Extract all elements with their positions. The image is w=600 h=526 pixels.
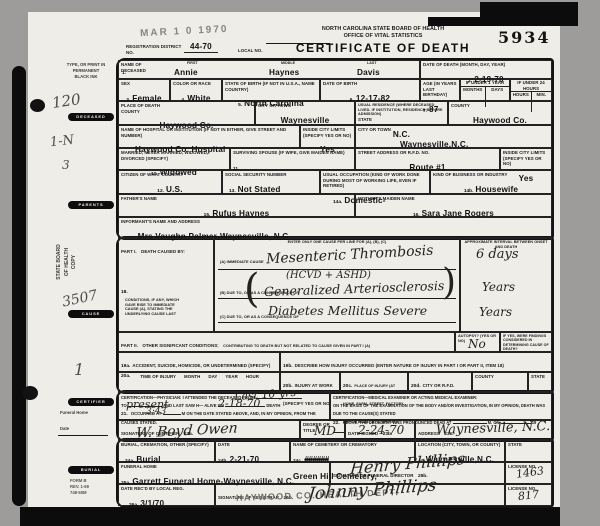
field-injury-county: COUNTY	[472, 372, 528, 392]
board-line2: OFFICE OF VITAL STATISTICS	[290, 33, 476, 40]
street-label: STREET ADDRESS OR R.F.D. NO.	[358, 150, 497, 156]
pod-city-label: CITY OR TOWN	[258, 103, 352, 109]
res-county-value: Haywood Co.	[473, 116, 527, 125]
me-title: CERTIFICATION—MEDICAL EXAMINER OR ACTING…	[333, 395, 478, 400]
certificate-serial: 5934	[498, 28, 551, 47]
field-res-street: STREET ADDRESS OR R.F.D. NO. Route #1	[355, 148, 500, 170]
name-last: Davis	[357, 68, 380, 77]
field-pod-county: PLACE OF DEATH COUNTY Haywood Co.	[118, 101, 255, 125]
field-date-of-death: DATE OF DEATH (MONTH, DAY, YEAR) 2.2-19-…	[420, 60, 552, 79]
industry-label: KIND OF BUSINESS OR INDUSTRY	[433, 172, 549, 178]
tab-burial: BURIAL	[68, 466, 114, 474]
field-age: AGE (IN YEARS LAST BIRTHDAY) 7.87	[420, 79, 460, 101]
cause-open-paren: (	[244, 266, 260, 312]
form-line3: 748-50M	[70, 490, 89, 496]
burial-state-label: STATE	[508, 442, 549, 448]
cause-b1-handwriting: (HCVD + ASHD)	[286, 271, 371, 281]
field-res-citylimits: INSIDE CITY LIMITS (SPECIFY YES OR NO) Y…	[500, 148, 552, 170]
field-father: FATHER'S NAME 15.Rufus Haynes	[118, 194, 355, 217]
tab-deceased: DECEASED	[68, 113, 114, 121]
pod-city-value: Waynesville	[281, 116, 330, 125]
field-marital: MARRIED, NEVER MARRIED, WIDOWED, DIVORCE…	[118, 148, 230, 170]
scan-black-strip-left	[12, 66, 26, 506]
citizen-label: CITIZEN OF WHAT COUNTRY	[121, 172, 219, 178]
field-injury-place: 20c.PLACE OF INJURY (AT HOME, FARM, STRE…	[340, 372, 408, 392]
scanned-death-certificate: { "header": { "stamp_date": "MAR 1 0 197…	[0, 0, 600, 526]
interval-a-handwriting: 6 days	[476, 248, 519, 261]
margin-date-note: Date	[60, 426, 69, 432]
ssn-num: 13.	[229, 189, 236, 194]
interval-c-handwriting: Years	[479, 306, 512, 318]
time-num: 20a.	[121, 374, 130, 380]
field-burial-type: BURIAL, CREMATION, OTHER (SPECIFY) 24a.B…	[118, 440, 215, 462]
field-spouse: SURVIVING SPOUSE (IF WIFE, GIVE MAIDEN N…	[230, 148, 355, 170]
part2-note: CONTRIBUTING TO DEATH BUT NOT RELATED TO…	[223, 344, 370, 348]
last-seen-handwriting: 2-18-70	[218, 398, 260, 409]
field-mother: MOTHER'S MAIDEN NAME 16.Sara Jane Rogers	[355, 194, 552, 217]
under24-label: IF UNDER 24 HOURS	[511, 80, 551, 92]
citizen-num: 12.	[157, 189, 164, 194]
cemetery-label: NAME OF CEMETERY OR CREMATORY	[293, 442, 412, 448]
cause-line-c-rule	[218, 322, 456, 323]
industry-num: 14b.	[464, 189, 474, 194]
burial-date-label: DATE	[218, 442, 287, 448]
middle-label: MIDDLE	[281, 61, 295, 65]
header-title-block: NORTH CAROLINA STATE BOARD OF HEALTH OFF…	[290, 26, 476, 55]
tab-parents: PARENTS	[68, 201, 114, 209]
death-time-handwriting: 3:43	[146, 408, 166, 417]
citizen-value: U.S.	[166, 185, 183, 194]
describe-num: 19b.	[283, 364, 293, 369]
birth-state-label: STATE OF BIRTH (IF NOT IN U.S.A., NAME C…	[225, 81, 317, 92]
first-label: FIRST	[187, 61, 198, 65]
race-label: COLOR OR RACE	[173, 81, 219, 87]
cause-close-paren: )	[442, 262, 456, 303]
industry-value: Housewife	[475, 185, 518, 194]
funeral-home-label: FUNERAL HOME	[121, 464, 327, 470]
margin-pencil-1n: 1-N	[49, 133, 74, 150]
me-line1: ON THE BASIS OF THE EXAMINATION OF THE B…	[333, 403, 545, 416]
ssn-value: Not Stated	[238, 185, 281, 194]
spouse-label: SURVIVING SPOUSE (IF WIFE, GIVE MAIDEN N…	[233, 150, 352, 156]
local-no-label: LOCAL NO.	[238, 48, 263, 54]
field-pod-city: CITY OR TOWN Waynesville	[255, 101, 355, 125]
field-funeral-home: FUNERAL HOME 25a.Garrett Funeral Home-Wa…	[118, 462, 330, 484]
hospital-label: NAME OF HOSPITAL OR INSTITUTION (IF NOT …	[121, 127, 297, 138]
field-res-county: COUNTY Haywood Co.	[448, 101, 552, 125]
field-hospital: NAME OF HOSPITAL OR INSTITUTION (IF NOT …	[118, 125, 300, 148]
part1-label: PART I.	[121, 249, 137, 254]
time-day-label: DAY	[208, 374, 217, 380]
time-year-label: YEAR	[225, 374, 237, 380]
field-sex: SEX 3.Female	[118, 79, 170, 101]
conditions-note: CONDITIONS, IF ANY, WHICH GAVE RISE TO I…	[125, 298, 187, 317]
field-certification-medical-examiner: CERTIFICATION—MEDICAL EXAMINER OR ACTING…	[330, 392, 552, 420]
copy-designation: STATE BOARD OF HEALTH COPY	[56, 240, 79, 284]
findings-label: IF YES, WERE FINDINGS CONSIDERED IN DETE…	[503, 334, 549, 352]
cause-num: 18.	[121, 290, 128, 295]
part2-title: OTHER SIGNIFICANT CONDITIONS:	[142, 343, 218, 348]
res-citylimits-label: INSIDE CITY LIMITS (SPECIFY YES OR NO)	[503, 150, 549, 167]
print-note: TYPE, OR PRINT IN PERMANENT BLACK INK	[58, 62, 114, 80]
copy-line2: OF HEALTH	[64, 240, 72, 284]
occupation-label: USUAL OCCUPATION (KIND OF WORK DONE DURI…	[323, 172, 427, 189]
hole-punch-top	[30, 99, 45, 112]
burial-location-label: LOCATION (CITY, TOWN, OR COUNTY)	[418, 442, 502, 448]
field-burial-state: STATE	[505, 440, 552, 462]
field-ssn: SOCIAL SECURITY NUMBER 13.Not Stated	[222, 170, 320, 194]
age-label: AGE (IN YEARS LAST BIRTHDAY)	[423, 81, 457, 98]
interval-b-handwriting: Years	[482, 281, 515, 293]
marital-label: MARRIED, NEVER MARRIED, WIDOWED, DIVORCE…	[121, 150, 227, 161]
dob-label: DATE OF BIRTH	[323, 81, 417, 87]
field-part2: PART II. OTHER SIGNIFICANT CONDITIONS: C…	[118, 332, 455, 352]
field-res-state: USUAL RESIDENCE (WHERE DECEASED LIVED. I…	[355, 101, 448, 125]
pod-citylimits-label: INSIDE CITY LIMITS (SPECIFY YES OR NO)	[303, 127, 352, 138]
form-line2: REV. 1-69	[70, 484, 89, 490]
field-res-city: CITY OR TOWN Waynesville,N.C.	[355, 125, 552, 148]
last-label: LAST	[367, 61, 377, 65]
name-first: Annie	[174, 68, 198, 77]
res-city-label: CITY OR TOWN	[358, 127, 549, 133]
accident-num: 19a.	[121, 364, 130, 369]
autopsy-handwriting: No	[468, 338, 486, 350]
certificate-form: NAME OF DECEASED FIRST MIDDLE LAST 1. An…	[118, 60, 552, 506]
residence-label: USUAL RESIDENCE (WHERE DECEASED LIVED. I…	[358, 103, 445, 117]
field-informant: INFORMANT'S NAME AND ADDRESS 17.Mrs Vaug…	[118, 217, 552, 238]
field-accident: 19a.ACCIDENT, SUICIDE, HOMICIDE, OR UNDE…	[118, 352, 280, 372]
field-describe-injury: 19b.DESCRIBE HOW INJURY OCCURRED (ENTER …	[280, 352, 552, 372]
field-under-1-year: IF UNDER 1 YEAR MONTHS DAYS	[460, 79, 510, 101]
field-injury-state: STATE	[528, 372, 552, 392]
field-under-24-hours: IF UNDER 24 HOURS HOURS MIN.	[510, 79, 552, 101]
tab-certifier: CERTIFIER	[68, 398, 114, 406]
phys-saw-label: AND LAST SAW H— ALIVE ON	[163, 403, 224, 408]
field-pod-citylimits: INSIDE CITY LIMITS (SPECIFY YES OR NO) Y…	[300, 125, 355, 148]
margin-date-line	[58, 435, 108, 436]
phys-num: 21.	[121, 412, 128, 417]
injury-city-num: 20d.	[411, 384, 421, 389]
date-signed-handwriting: 2-24-70	[358, 424, 404, 436]
margin-pencil-1: 1	[74, 360, 84, 379]
immediate-cause-label: (A) IMMEDIATE CAUSE	[220, 260, 264, 265]
name-num: 1.	[122, 71, 126, 76]
certificate-title: CERTIFICATE OF DEATH	[290, 41, 476, 55]
field-burial-date: DATE 24b.2-21-70	[215, 440, 290, 462]
copy-line3: COPY	[71, 240, 79, 284]
scan-black-bar	[428, 17, 552, 26]
time-hour-label: HOUR	[246, 374, 259, 380]
dod-label: DATE OF DEATH (MONTH, DAY, YEAR)	[423, 62, 549, 68]
accident-label: ACCIDENT, SUICIDE, HOMICIDE, OR UNDETERM…	[132, 363, 270, 368]
margin-funeral-home-note: Funeral Home	[60, 410, 88, 416]
tab-cause: CAUSE	[68, 310, 114, 318]
informant-label: INFORMANT'S NAME AND ADDRESS	[121, 219, 549, 225]
degree-handwriting: MD	[314, 425, 336, 437]
scan-black-strip-bottom	[20, 507, 560, 526]
injury-county-label: COUNTY	[475, 374, 525, 380]
father-label: FATHER'S NAME	[121, 196, 352, 202]
recd-num: 26a.	[129, 503, 138, 508]
registration-district-value: 44-70	[184, 42, 218, 53]
name-middle: Haynes	[269, 68, 299, 77]
margin-pencil-3: 3	[62, 158, 70, 172]
field-name: NAME OF DECEASED FIRST MIDDLE LAST 1. An…	[118, 60, 420, 79]
recd-date-value: 3/1/70	[140, 499, 164, 508]
recd-label: DATE REC'D BY LOCAL REG.	[121, 486, 212, 492]
field-occupation: USUAL OCCUPATION (KIND OF WORK DONE DURI…	[320, 170, 430, 194]
pod-county-label: COUNTY	[121, 109, 252, 115]
place-num: 20c.	[343, 384, 352, 389]
time-month-label: MONTH	[184, 374, 200, 380]
form-number-note: FORM B REV. 1-69 748-50M	[70, 478, 89, 496]
caused-by-label: DEATH CAUSED BY:	[141, 249, 185, 254]
part2-label: PART II.	[121, 343, 138, 348]
field-date-of-birth: DATE OF BIRTH 6.12-17-82	[320, 79, 420, 101]
injury-state-label: STATE	[531, 374, 549, 380]
time-label: TIME OF INJURY	[140, 374, 176, 380]
field-date-received: DATE REC'D BY LOCAL REG. 26a.3/1/70	[118, 484, 215, 506]
certifier-address-handwriting: Waynesville, N.C.	[436, 420, 551, 437]
ssn-label: SOCIAL SECURITY NUMBER	[225, 172, 317, 178]
phys-death-label: DEATH	[266, 403, 280, 408]
board-line1: NORTH CAROLINA STATE BOARD OF HEALTH	[290, 26, 476, 33]
field-birth-state: STATE OF BIRTH (IF NOT IN U.S.A., NAME C…	[222, 79, 320, 101]
injury-city-label: CITY OR R.F.D.	[423, 383, 455, 388]
license2-handwriting: 817	[517, 489, 539, 502]
copy-line1: STATE BOARD	[56, 240, 64, 284]
res-county-label: COUNTY	[451, 103, 549, 109]
field-citizen: CITIZEN OF WHAT COUNTRY 12.U.S.	[118, 170, 222, 194]
field-autopsy-findings: IF YES, WERE FINDINGS CONSIDERED IN DETE…	[500, 332, 552, 352]
hole-punch-bottom	[22, 386, 38, 400]
field-race: COLOR OR RACE 4.White	[170, 79, 222, 101]
field-injury-city: 20d.CITY OR R.F.D.	[408, 372, 472, 392]
describe-label: DESCRIBE HOW INJURY OCCURRED (ENTER NATU…	[295, 363, 504, 368]
form-line1: FORM B	[70, 478, 89, 484]
cause-left-column: PART I. DEATH CAUSED BY: 18. CONDITIONS,…	[118, 238, 214, 332]
res-state-label: STATE	[358, 117, 445, 123]
sex-label: SEX	[121, 81, 167, 87]
mother-label: MOTHER'S MAIDEN NAME	[358, 196, 549, 202]
burial-type-label: BURIAL, CREMATION, OTHER (SPECIFY)	[121, 442, 212, 448]
field-industry: KIND OF BUSINESS OR INDUSTRY 14b.Housewi…	[430, 170, 552, 194]
print-note-line3: BLACK INK	[58, 74, 114, 80]
registration-district-label: REGISTRATION DISTRICT NO.	[126, 44, 182, 55]
cause-c-handwriting: Diabetes Mellitus Severe	[268, 305, 427, 318]
